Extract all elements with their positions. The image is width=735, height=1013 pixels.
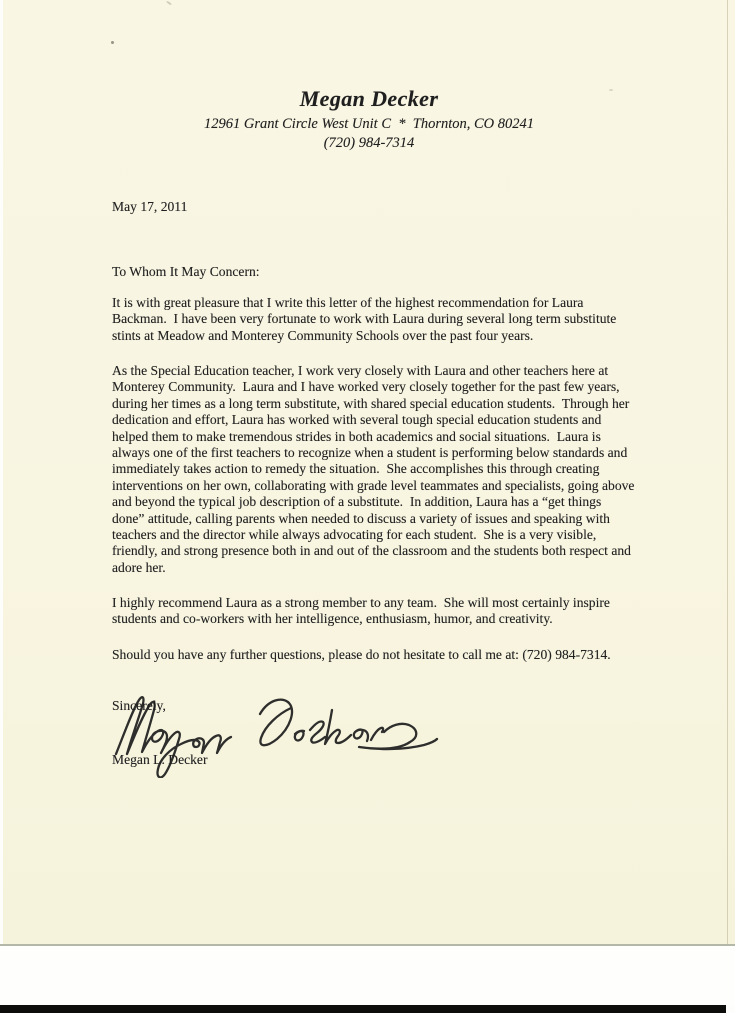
salutation: To Whom It May Concern:	[112, 264, 636, 280]
paragraph-body: As the Special Education teacher, I work…	[112, 363, 636, 576]
letterhead-name: Megan Decker	[3, 86, 735, 112]
scan-scratch	[166, 0, 172, 5]
scanner-background	[0, 946, 735, 1006]
letterhead: Megan Decker 12961 Grant Circle West Uni…	[3, 86, 735, 152]
letter-date: May 17, 2011	[112, 199, 636, 215]
scan-speck	[111, 41, 114, 44]
paper-crease	[727, 0, 728, 944]
paragraph-contact: Should you have any further questions, p…	[112, 647, 636, 663]
typed-signature-name: Megan L. Decker	[112, 752, 636, 768]
paragraph-recommendation: I highly recommend Laura as a strong mem…	[112, 595, 636, 628]
scan-speck	[609, 89, 613, 91]
letter-page: Megan Decker 12961 Grant Circle West Uni…	[3, 0, 735, 944]
letterhead-phone: (720) 984-7314	[3, 135, 735, 152]
scanned-letter: Megan Decker 12961 Grant Circle West Uni…	[0, 0, 735, 1013]
letterhead-address: 12961 Grant Circle West Unit C * Thornto…	[3, 116, 735, 133]
paragraph-introduction: It is with great pleasure that I write t…	[112, 295, 636, 344]
scanner-edge-bar	[0, 1005, 726, 1013]
